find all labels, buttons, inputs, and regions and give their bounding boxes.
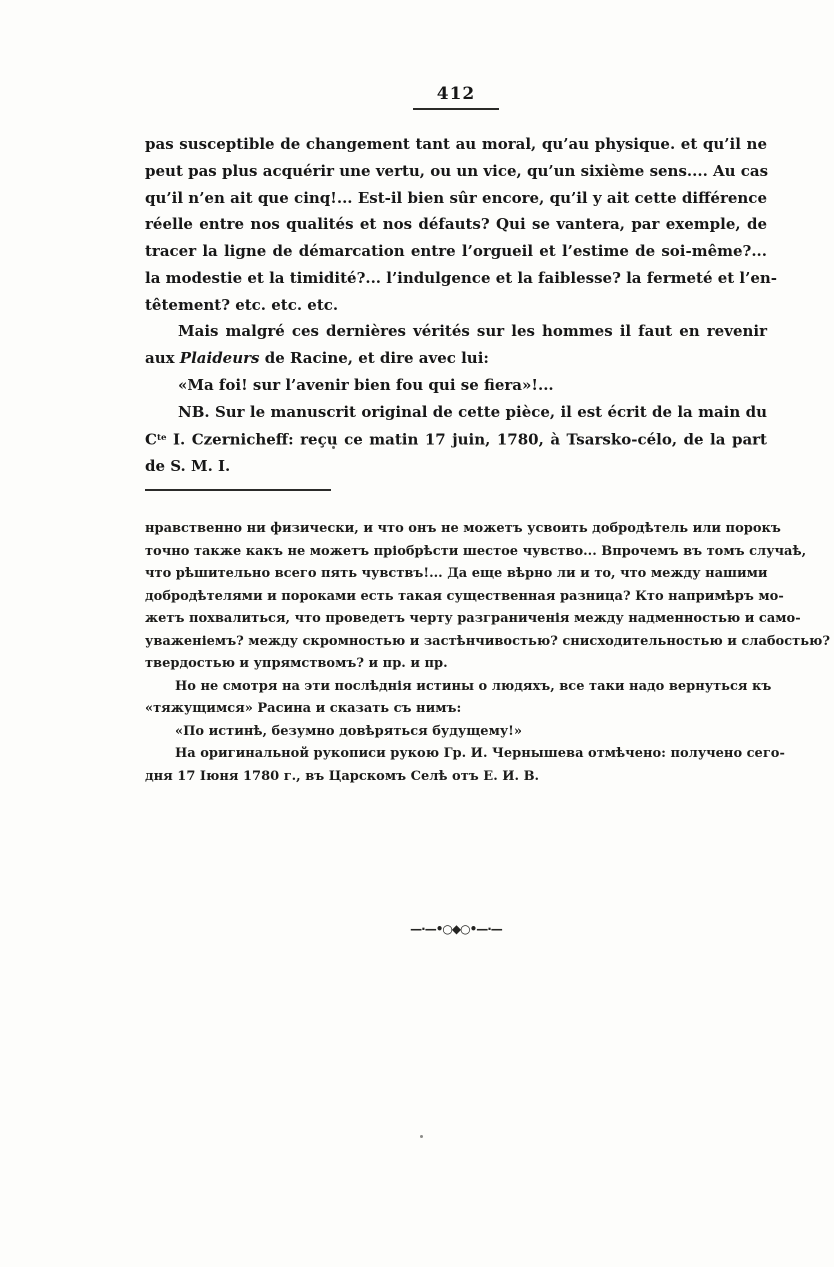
main-text-french: pas susceptible de changement tant au mo… bbox=[145, 131, 767, 480]
text-segment: I. Czernicheff: reçu ce matin 17 juin, 1… bbox=[167, 431, 768, 449]
text-line: de S. M. I. bbox=[145, 453, 767, 480]
text-segment-sup: te bbox=[157, 433, 167, 443]
section-divider-ornament: —·—•○◆○•—·— bbox=[145, 922, 767, 936]
paragraph: pas susceptible de changement tant au mo… bbox=[145, 131, 767, 318]
text-line: дня 17 Іюня 1780 г., въ Царскомъ Селѣ от… bbox=[145, 766, 767, 789]
text-line: aux Plaideurs de Racine, et dire avec lu… bbox=[145, 345, 767, 372]
text-line: точно также какъ не можетъ пріобрѣсти ше… bbox=[145, 541, 767, 564]
text-line: «Ma foi! sur l’avenir bien fou qui se fi… bbox=[145, 372, 767, 399]
text-line: жетъ похвалиться, что проведетъ черту ра… bbox=[145, 608, 767, 631]
page-number: 412 bbox=[437, 84, 476, 104]
text-segment: C bbox=[145, 431, 157, 449]
text-line: «тяжущимся» Расина и сказать съ нимъ: bbox=[145, 698, 767, 721]
paragraph: NB. Sur le manuscrit original de cette p… bbox=[145, 399, 767, 481]
text-line: На оригинальной рукописи рукою Гр. И. Че… bbox=[145, 743, 767, 766]
text-line: têtement? etc. etc. etc. bbox=[145, 292, 767, 319]
text-line: tracer la ligne de démarcation entre l’o… bbox=[145, 238, 767, 265]
text-line: нравственно ни физически, и что онъ не м… bbox=[145, 518, 767, 541]
text-line: «По истинѣ, безумно довѣряться будущему!… bbox=[145, 721, 767, 744]
page-number-rule bbox=[413, 108, 499, 110]
text-segment: de Racine, et dire avec lui: bbox=[259, 349, 488, 367]
text-line: твердостью и упрямствомъ? и пр. и пр. bbox=[145, 653, 767, 676]
footnote-text-russian: нравственно ни физически, и что онъ не м… bbox=[145, 518, 767, 788]
text-line: réelle entre nos qualités et nos défauts… bbox=[145, 211, 767, 238]
paragraph: Mais malgré ces dernières vérités sur le… bbox=[145, 318, 767, 372]
page-header: 412 bbox=[145, 84, 767, 110]
text-line: Cte I. Czernicheff: reçu ce matin 17 jui… bbox=[145, 425, 767, 453]
paragraph: «Ma foi! sur l’avenir bien fou qui se fi… bbox=[145, 372, 767, 399]
footnote-separator-rule bbox=[145, 489, 331, 491]
text-line: что рѣшительно всего пять чувствъ!... Да… bbox=[145, 563, 767, 586]
text-line: добродѣтелями и пороками есть такая суще… bbox=[145, 586, 767, 609]
text-line: уваженіемъ? между скромностью и застѣнчи… bbox=[145, 631, 767, 654]
paragraph: Но не смотря на эти послѣднія истины о л… bbox=[145, 676, 767, 721]
text-line: Но не смотря на эти послѣднія истины о л… bbox=[145, 676, 767, 699]
text-line: peut pas plus acquérir une vertu, ou un … bbox=[145, 158, 767, 185]
text-line: qu’il n’en ait que cinq!... Est-il bien … bbox=[145, 185, 767, 212]
text-segment: aux bbox=[145, 349, 180, 367]
text-line: NB. Sur le manuscrit original de cette p… bbox=[145, 399, 767, 426]
scan-speck bbox=[420, 1135, 423, 1138]
text-line: pas susceptible de changement tant au mo… bbox=[145, 131, 767, 158]
paragraph: На оригинальной рукописи рукою Гр. И. Че… bbox=[145, 743, 767, 788]
scan-speck bbox=[332, 446, 335, 449]
paragraph: нравственно ни физически, и что онъ не м… bbox=[145, 518, 767, 676]
text-line: la modestie et la timidité?... l’indulge… bbox=[145, 265, 767, 292]
text-line: Mais malgré ces dernières vérités sur le… bbox=[145, 318, 767, 345]
scanned-book-page: 412 pas susceptible de changement tant a… bbox=[0, 0, 834, 1267]
paragraph: «По истинѣ, безумно довѣряться будущему!… bbox=[145, 721, 767, 744]
text-segment-italic: Plaideurs bbox=[180, 349, 260, 367]
